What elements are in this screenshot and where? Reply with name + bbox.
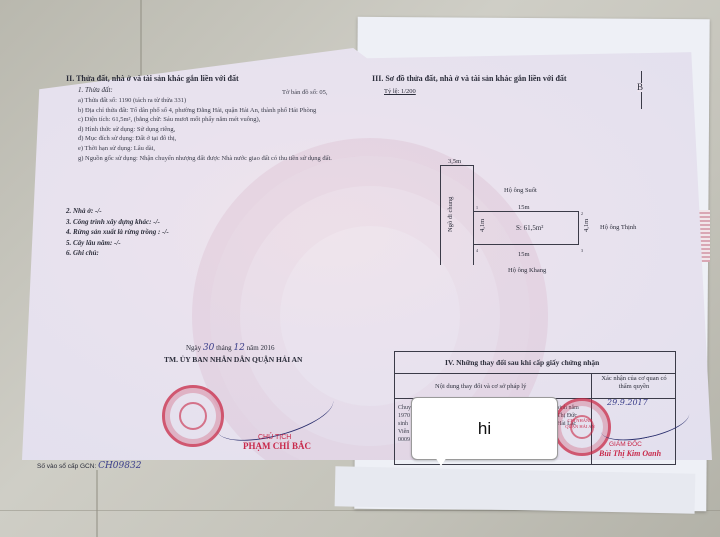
issuing-authority: TM. ỦY BAN NHÂN DÂN QUẬN HẢI AN — [164, 355, 302, 364]
fragment-line: Viên — [398, 428, 411, 436]
land-detail-line: d) Hình thức sử dụng: Sử dụng riêng, — [78, 125, 332, 135]
neighbor-east: Hộ ông Thịnh — [600, 223, 636, 232]
corner-1: 1 — [476, 203, 478, 212]
section4-title: IV. Những thay đổi sau khi cấp giấy chứn… — [445, 358, 599, 367]
col-content-header: Nội dung thay đổi và cơ sở pháp lý — [435, 382, 526, 391]
alley-right-line — [473, 165, 474, 265]
other-item-perennial-trees: 5. Cây lâu năm: -/- — [66, 238, 169, 249]
land-detail-line: g) Nguồn gốc sử dụng: Nhận chuyển nhượng… — [78, 154, 332, 164]
registry-value: CH09832 — [98, 461, 141, 471]
district-red-seal — [162, 385, 224, 447]
date-month: 12 — [233, 343, 244, 353]
shared-alley-label: Ngõ đi chung — [446, 197, 455, 232]
director-role: GIÁM ĐỐC — [609, 440, 642, 449]
land-detail-line: e) Thời hạn sử dụng: Lâu dài, — [78, 144, 332, 154]
land-detail-line: c) Diện tích: 61,5m², (bằng chữ: Sáu mươ… — [78, 115, 332, 125]
date-day: 30 — [203, 343, 214, 353]
col-confirm-header: Xác nhận của cơ quan có thẩm quyền — [595, 375, 673, 391]
month-label: tháng — [216, 344, 232, 352]
section3-title: III. Sơ đồ thửa đất, nhà ở và tài sản kh… — [372, 74, 567, 83]
north-label: B — [637, 83, 643, 92]
top-edge-length: 15m — [518, 203, 530, 212]
plot-right-edge — [578, 211, 579, 245]
registry-label: Số vào sổ cấp GCN: — [37, 463, 96, 470]
fragment-line: sinh — [398, 420, 411, 428]
bottom-edge-length: 15m — [518, 250, 530, 259]
other-item-house: 2. Nhà ở: -/- — [66, 206, 169, 217]
year-label: năm 2016 — [247, 344, 275, 352]
other-item-forest: 4. Rừng sản xuất là rừng trồng : -/- — [66, 227, 169, 238]
date-prefix: Ngày — [186, 344, 201, 352]
corner-3: 3 — [581, 246, 583, 255]
land-detail-line: đ) Mục đích sử dụng: Đất ở tại đô thị, — [78, 134, 332, 144]
land-details-list: a) Thửa đất số: 1190 (tách ra từ thửa 33… — [78, 96, 332, 163]
corner-4: 4 — [476, 246, 478, 255]
back-sheet-edge — [335, 466, 696, 514]
other-assets-list: 2. Nhà ở: -/- 3. Công trình xây dựng khá… — [66, 206, 169, 259]
other-item-notes: 6. Ghi chú: — [66, 248, 169, 259]
corner-2: 2 — [581, 209, 583, 218]
map-scale: Tỷ lệ: 1/200 — [384, 87, 416, 96]
neighbor-north: Hộ ông Suốt — [504, 186, 537, 195]
land-detail-line: a) Thửa đất số: 1190 (tách ra từ thửa 33… — [78, 96, 332, 106]
director-name: Bùi Thị Kim Oanh — [599, 449, 661, 458]
confirmation-date: 29.9.2017 — [607, 398, 648, 407]
speech-bubble: hi — [411, 397, 558, 460]
fragment-line: 0009 — [398, 436, 411, 444]
change-entry-left-fragment: Chuy 1970 sinh Viên 0009 — [398, 404, 411, 444]
alley-left-line — [440, 165, 441, 265]
neighbor-south: Hộ ông Khang — [508, 266, 546, 275]
other-item-construction: 3. Công trình xây dựng khác: -/- — [66, 217, 169, 228]
fragment-line: 1970 — [398, 412, 411, 420]
chairman-name: PHẠM CHÍ BẮC — [243, 442, 311, 451]
plot-area: S: 61,5m² — [516, 224, 543, 233]
land-heading: 1. Thửa đất: — [78, 86, 113, 95]
signing-date: Ngày 30 tháng 12 năm 2016 — [186, 344, 274, 353]
plot-bottom-edge — [474, 244, 578, 245]
changes-table-title-row: IV. Những thay đổi sau khi cấp giấy chứn… — [395, 352, 675, 374]
speech-bubble-text: hi — [478, 419, 491, 439]
alley-top-line — [440, 165, 473, 166]
registry-number: Số vào sổ cấp GCN: CH09832 — [37, 462, 141, 471]
branch-seal-text: CHI NHÁNH QUẬN HẢI AN — [563, 418, 597, 430]
changes-table-header-row: Nội dung thay đổi và cơ sở pháp lý Xác n… — [395, 373, 675, 399]
section2-title: II. Thửa đất, nhà ở và tài sản khác gắn … — [66, 74, 239, 83]
fragment-line: Chuy — [398, 404, 411, 412]
left-edge-length: 4,1m — [478, 219, 487, 232]
right-edge-length: 4,1m — [582, 219, 591, 232]
land-detail-line: b) Địa chỉ thửa đất: Tổ dân phố số 4, ph… — [78, 106, 332, 116]
speech-bubble-tail — [435, 457, 447, 466]
